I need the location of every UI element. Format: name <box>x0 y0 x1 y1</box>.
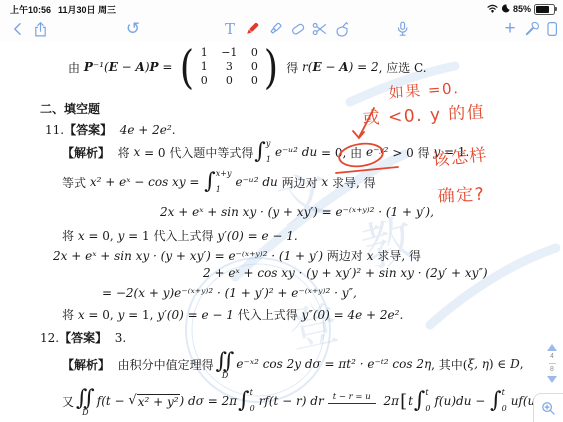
page-scrubber[interactable]: 4 8 <box>544 344 560 383</box>
status-date: 11月30日 周三 <box>58 3 116 16</box>
doc-line: = −2(x + y)e⁻⁽ˣ⁺ʸ⁾² · (1 + y′)² + e⁻⁽ˣ⁺ʸ… <box>102 286 357 300</box>
page-divider <box>549 363 556 364</box>
battery-icon <box>534 4 555 15</box>
wifi-icon <box>487 4 498 15</box>
handwritten-note: 或 <0. y 的值 <box>362 98 486 129</box>
back-button[interactable] <box>8 19 28 39</box>
document-page[interactable]: 文 教 登 由 P⁻¹(E − A)P = (1−10130000) 得 r(E… <box>0 42 563 422</box>
add-page-button[interactable]: + <box>500 19 520 39</box>
page-up-arrow[interactable] <box>547 344 557 351</box>
text-tool-button[interactable]: T <box>220 19 240 39</box>
doc-line: 又∬Df(t − √x² + y²) dσ = 2π∫t0rf(t − r) d… <box>62 386 563 416</box>
doc-line: 11.【答案】 4e + 2e². <box>45 121 176 138</box>
doc-line: 2 + eˣ + cos xy · (y + xy′)² + sin xy · … <box>203 266 488 280</box>
page-thumbnail-button[interactable] <box>542 19 562 39</box>
share-button[interactable] <box>30 19 50 39</box>
handwritten-note: 该怎样 <box>431 140 489 171</box>
doc-line: 二、填空题 <box>40 100 100 117</box>
microphone-button[interactable] <box>392 19 412 39</box>
page-current: 4 <box>550 353 554 361</box>
eraser-tool-button[interactable] <box>288 19 308 39</box>
pen-tool-button[interactable] <box>242 19 262 39</box>
tools-wrench-button[interactable] <box>521 19 541 39</box>
doc-line: 【解析】 将 x = 0 代入题中等式得∫y1e⁻ᵘ² du = 0, 由 e⁻… <box>62 139 469 165</box>
doc-line: 将 x = 0, y = 1 代入上式得 y′(0) = e − 1. <box>62 227 298 244</box>
magnifier-plus-icon <box>541 401 556 416</box>
doc-line: 将 x = 0, y = 1, y′(0) = e − 1 代入上式得 y″(0… <box>62 306 403 323</box>
lasso-hand-icon[interactable] <box>333 19 353 39</box>
scissors-icon[interactable] <box>310 19 330 39</box>
battery-percent: 85% <box>513 4 531 14</box>
status-time: 上午10:56 <box>10 3 51 16</box>
doc-line: 2x + eˣ + sin xy · (y + xy′) = e⁻⁽ˣ⁺ʸ⁾² … <box>160 205 434 219</box>
highlighter-tool-button[interactable] <box>265 19 285 39</box>
annotation-toolbar: ↺ T + <box>0 16 563 44</box>
doc-line: 等式 x² + eˣ − cos xy = ∫x+y1e⁻ᵘ² du 两边对 x… <box>62 169 376 195</box>
zoom-button[interactable] <box>533 393 563 422</box>
undo-button[interactable]: ↺ <box>123 19 143 39</box>
status-bar: 上午10:56 11月30日 周三 85% <box>0 0 563 16</box>
page-down-arrow[interactable] <box>547 376 557 383</box>
handwritten-note: 确定? <box>437 180 486 207</box>
doc-line: 【解析】 由积分中值定理得∬De⁻ˣ² cos 2y dσ = πt² · e⁻… <box>62 349 524 379</box>
doc-line: 12.【答案】 3. <box>40 329 126 346</box>
page-total: 8 <box>550 366 554 374</box>
doc-line: 2x + eˣ + sin xy · (y + xy′) = e⁻⁽ˣ⁺ʸ⁾² … <box>53 247 421 264</box>
dnd-moon-icon <box>501 4 510 15</box>
doc-line: 由 P⁻¹(E − A)P = (1−10130000) 得 r(E − A) … <box>68 44 427 90</box>
